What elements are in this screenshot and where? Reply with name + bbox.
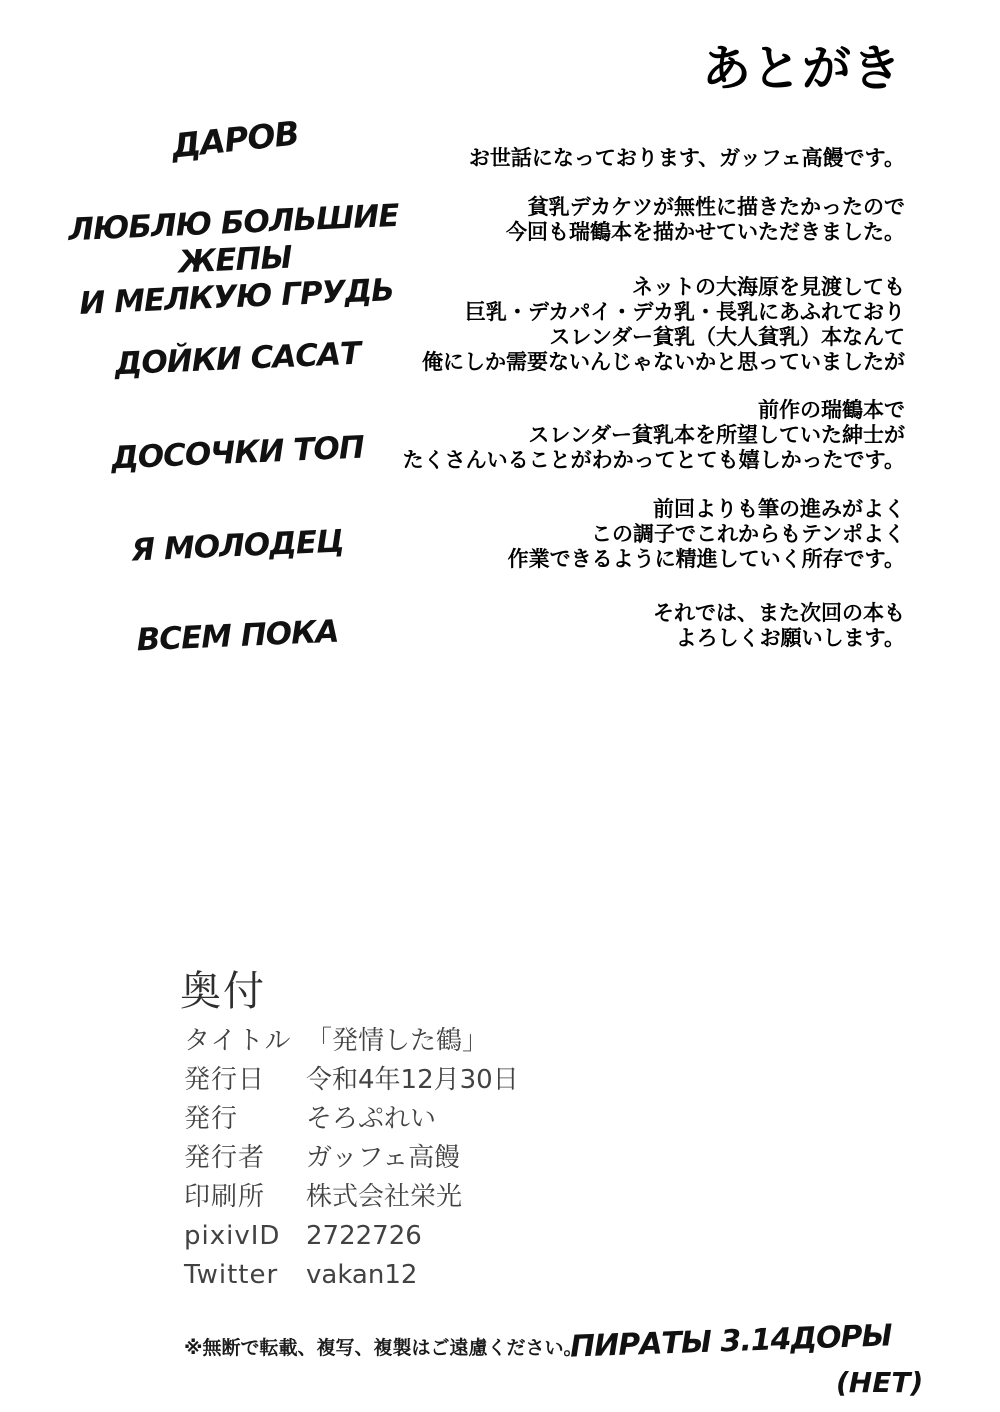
colophon-row-twitter: Twitter vakan12 bbox=[184, 1256, 744, 1295]
colophon-heading: 奥付 bbox=[180, 958, 266, 1017]
afterword-page: あとがき お世話になっております、ガッフェ高饅です。 貧乳デカケツが無性に描きた… bbox=[0, 0, 1000, 1412]
colophon-row-publish-date: 発行日 令和4年12月30日 bbox=[184, 1061, 744, 1100]
paragraph-4: 前回よりも筆の進みがよく この調子でこれからもテンポよく 作業できるように精進し… bbox=[508, 497, 905, 572]
paragraph-5-line-2: よろしくお願いします。 bbox=[653, 626, 905, 651]
russian-note-3: ДОЙКИ САСАТ bbox=[89, 335, 385, 384]
colophon-row-author: 発行者 ガッフェ高饅 bbox=[184, 1139, 744, 1178]
page-title: あとがき bbox=[702, 42, 902, 96]
colophon-value-title: 「発情した鶴」 bbox=[306, 1022, 744, 1061]
colophon-value-printer: 株式会社栄光 bbox=[306, 1178, 744, 1217]
paragraph-4-line-1: 前回よりも筆の進みがよく bbox=[508, 497, 905, 522]
colophon-label-printer: 印刷所 bbox=[184, 1178, 306, 1217]
russian-note-2: ЛЮБЛЮ БОЛЬШИЕ ЖЕПЫ И МЕЛКУЮ ГРУДЬ bbox=[18, 196, 452, 326]
colophon-row-pixiv-id: pixivID 2722726 bbox=[184, 1217, 744, 1256]
reproduction-notice: ※無断で転載、複写、複製はご遠慮ください。 bbox=[184, 1333, 582, 1360]
greeting-text: お世話になっております、ガッフェ高饅です。 bbox=[469, 146, 905, 171]
greeting-line: お世話になっております、ガッフェ高饅です。 bbox=[469, 146, 905, 171]
paragraph-2-line-2: 巨乳・デカパイ・デカ乳・長乳にあふれており bbox=[422, 300, 905, 325]
paragraph-1-line-1: 貧乳デカケツが無性に描きたかったので bbox=[506, 195, 905, 220]
paragraph-4-line-3: 作業できるように精進していく所存です。 bbox=[508, 547, 905, 572]
colophon-row-printer: 印刷所 株式会社栄光 bbox=[184, 1178, 744, 1217]
paragraph-1-line-2: 今回も瑞鶴本を描かせていただきました。 bbox=[506, 220, 905, 245]
russian-note-5: Я МОЛОДЕЦ bbox=[89, 522, 385, 571]
paragraph-2-line-3: スレンダー貧乳（大人貧乳）本なんて bbox=[422, 325, 905, 350]
colophon-label-author: 発行者 bbox=[184, 1139, 306, 1178]
paragraph-3: 前作の瑞鶴本で スレンダー貧乳本を所望していた紳士が たくさんいることがわかって… bbox=[403, 398, 905, 473]
paragraph-3-line-1: 前作の瑞鶴本で bbox=[403, 398, 905, 423]
colophon-value-publisher-circle: そろぷれい bbox=[306, 1100, 744, 1139]
colophon-label-pixiv-id: pixivID bbox=[184, 1217, 306, 1256]
paragraph-2-line-1: ネットの大海原を見渡しても bbox=[422, 275, 905, 300]
paragraph-2-line-4: 俺にしか需要ないんじゃないかと思っていましたが bbox=[422, 350, 905, 375]
colophon-label-twitter: Twitter bbox=[184, 1256, 306, 1295]
colophon-row-title: タイトル 「発情した鶴」 bbox=[184, 1022, 744, 1061]
colophon-value-author: ガッフェ高饅 bbox=[306, 1139, 744, 1178]
paragraph-1: 貧乳デカケツが無性に描きたかったので 今回も瑞鶴本を描かせていただきました。 bbox=[506, 195, 905, 245]
colophon-value-publish-date: 令和4年12月30日 bbox=[306, 1061, 744, 1100]
colophon-table: タイトル 「発情した鶴」 発行日 令和4年12月30日 発行 そろぷれい 発行者… bbox=[184, 1022, 744, 1295]
paragraph-4-line-2: この調子でこれからもテンポよく bbox=[508, 522, 905, 547]
paragraph-3-line-2: スレンダー貧乳本を所望していた紳士が bbox=[403, 423, 905, 448]
russian-note-4: ДОСОЧКИ ТОП bbox=[89, 429, 385, 478]
russian-note-1: ДАРОВ bbox=[109, 107, 362, 172]
colophon-label-publisher-circle: 発行 bbox=[184, 1100, 306, 1139]
paragraph-5-line-1: それでは、また次回の本も bbox=[653, 601, 905, 626]
russian-note-6: ВСЕМ ПОКА bbox=[89, 612, 385, 661]
colophon-value-twitter: vakan12 bbox=[306, 1256, 744, 1295]
colophon-row-publisher-circle: 発行 そろぷれい bbox=[184, 1100, 744, 1139]
pirates-note-net: (НЕТ) bbox=[836, 1366, 923, 1399]
colophon-label-title: タイトル bbox=[184, 1022, 306, 1061]
colophon-value-pixiv-id: 2722726 bbox=[306, 1217, 744, 1256]
paragraph-3-line-3: たくさんいることがわかってとても嬉しかったです。 bbox=[403, 448, 905, 473]
paragraph-2: ネットの大海原を見渡しても 巨乳・デカパイ・デカ乳・長乳にあふれており スレンダ… bbox=[422, 275, 905, 375]
pirates-note: ПИРАТЫ 3.14ДОРЫ bbox=[569, 1318, 892, 1364]
colophon-label-publish-date: 発行日 bbox=[184, 1061, 306, 1100]
paragraph-5: それでは、また次回の本も よろしくお願いします。 bbox=[653, 601, 905, 651]
